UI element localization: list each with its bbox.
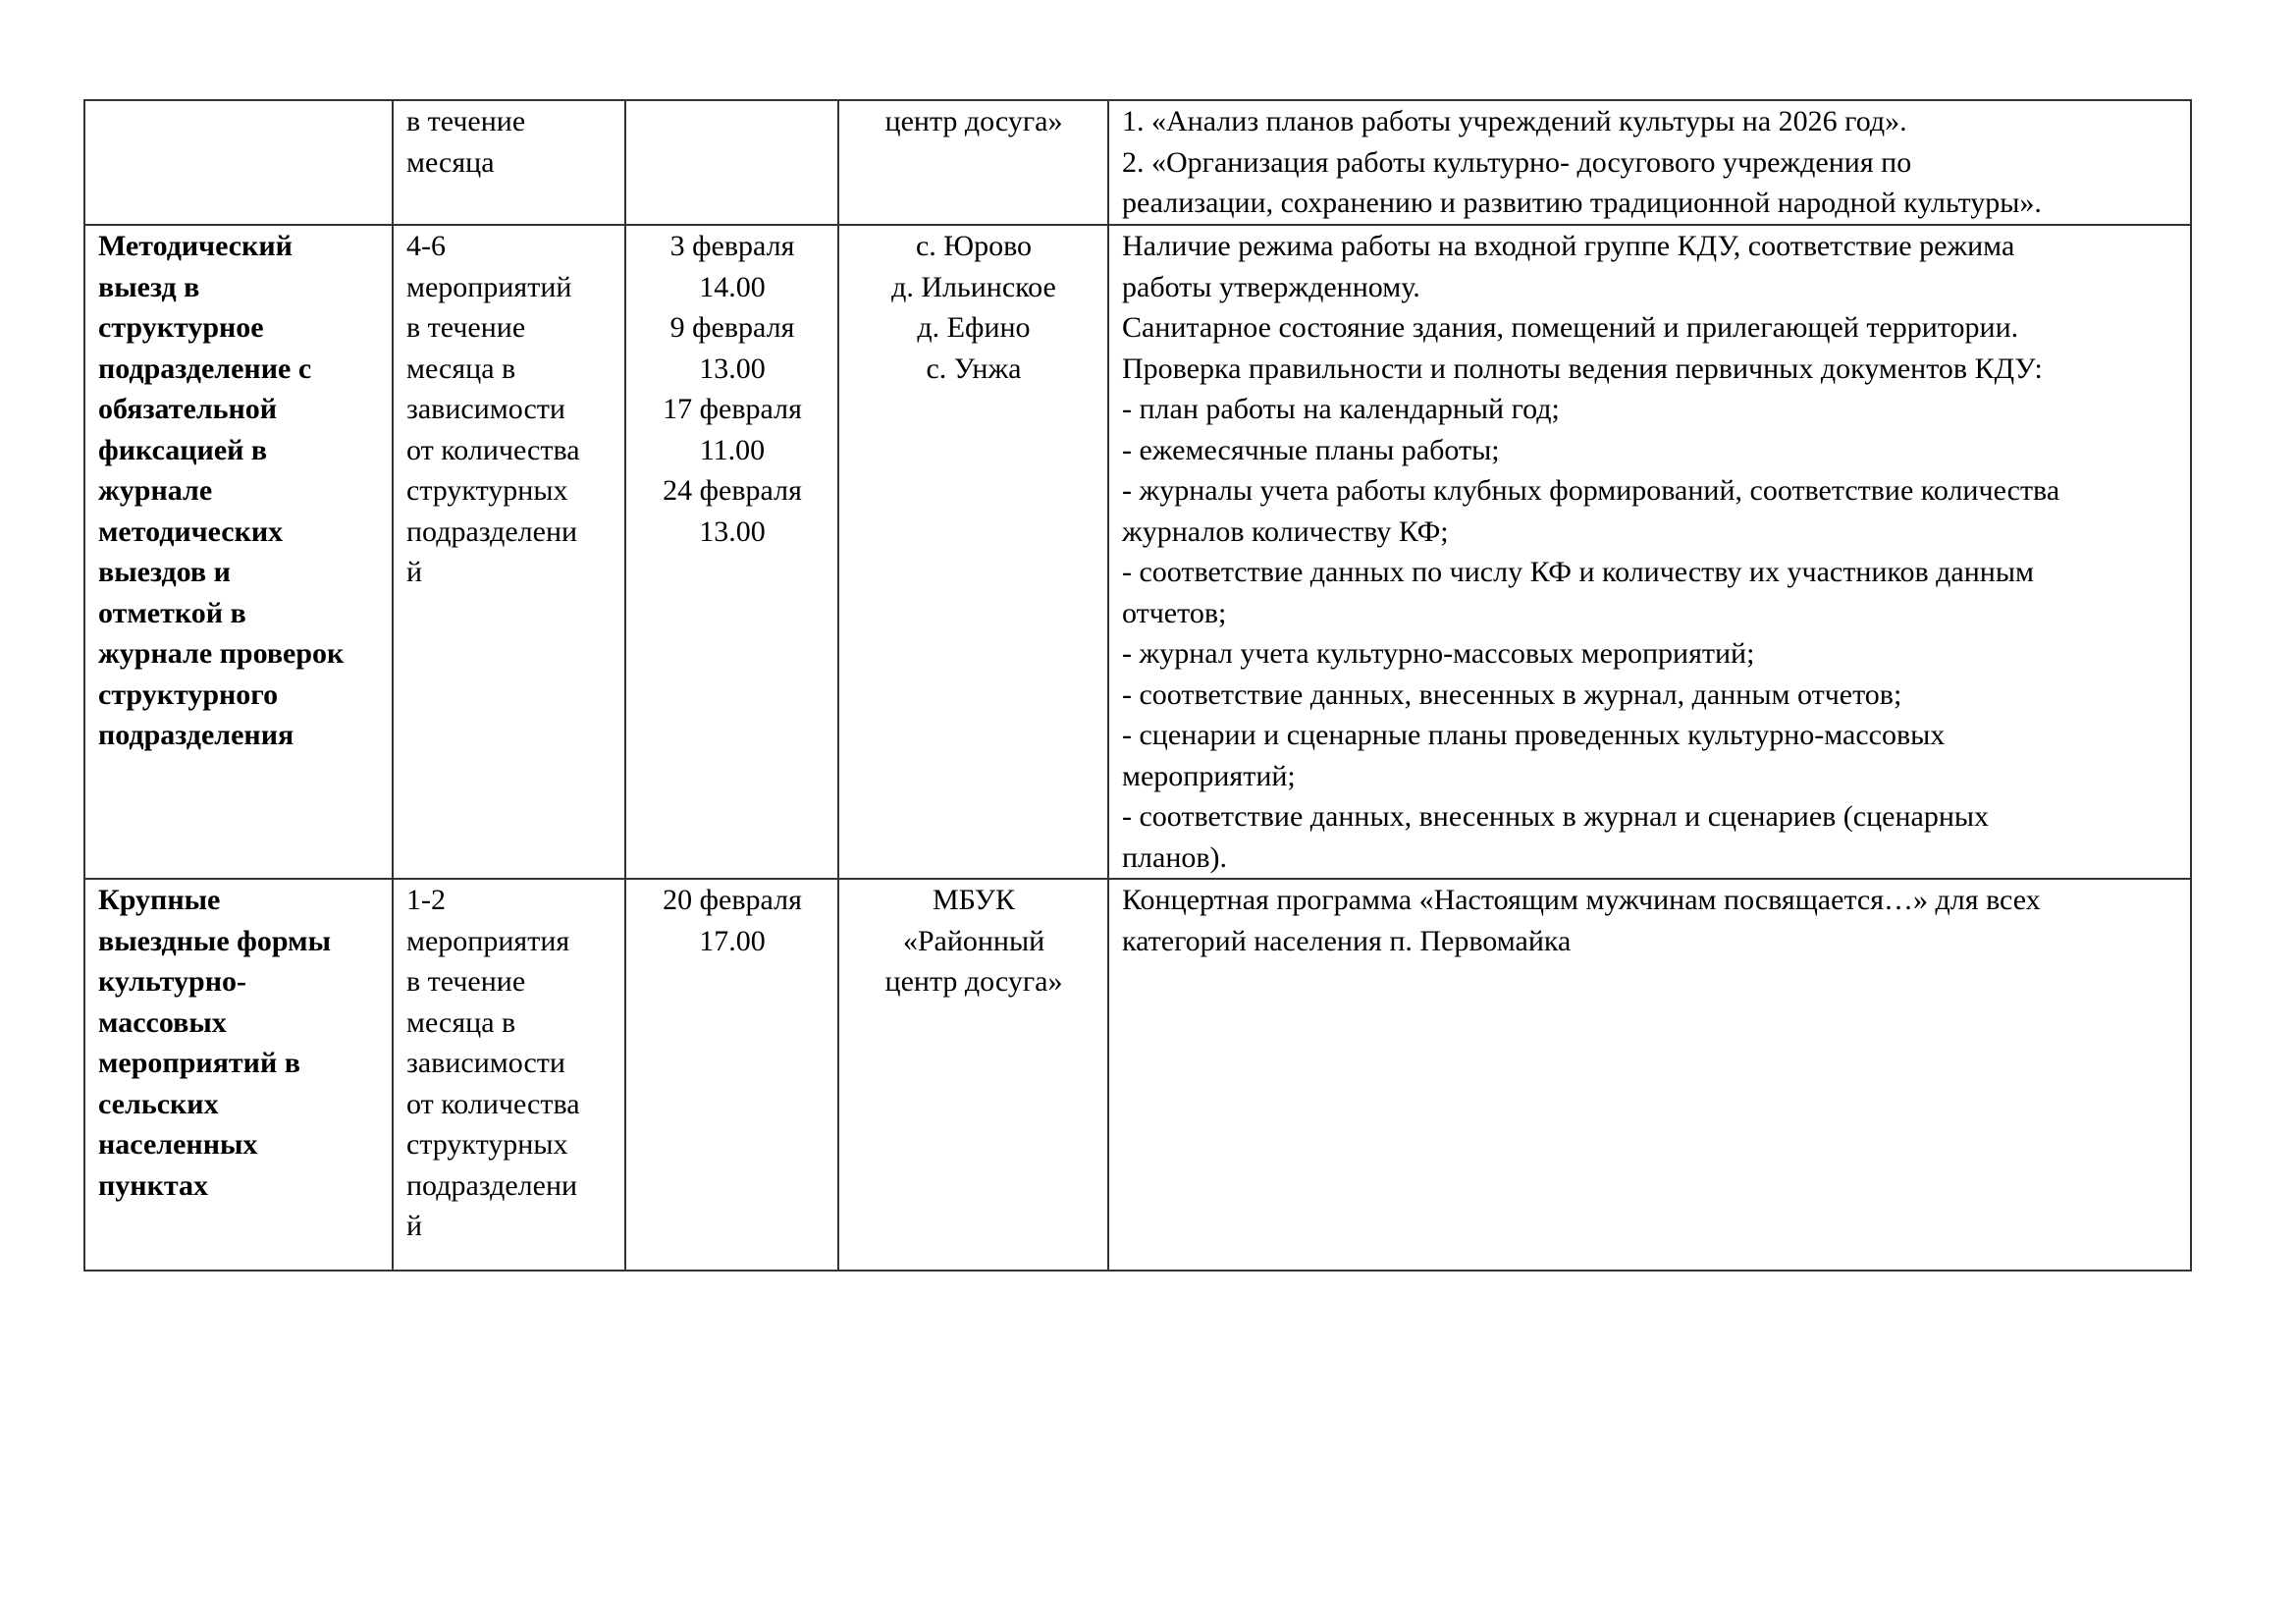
cell-line: месяца в <box>406 1002 613 1044</box>
frequency-cell: 4-6мероприятийв течениемесяца взависимос… <box>393 225 625 879</box>
cell-line: 2. «Организация работы культурно- досуго… <box>1122 142 2178 184</box>
cell-line: зависимости <box>406 1043 613 1084</box>
cell-line: с. Унжа <box>852 349 1095 390</box>
cell-line: - сценарии и сценарные планы проведенных… <box>1122 715 2178 756</box>
cell-line: д. Ильинское <box>852 267 1095 308</box>
cell-line: структурного <box>98 675 380 716</box>
cell-line: 1-2 <box>406 880 613 921</box>
cell-line: центр досуга» <box>852 961 1095 1002</box>
dates-cell <box>625 100 838 225</box>
cell-line: подразделени <box>406 512 613 553</box>
cell-line: д. Ефино <box>852 307 1095 349</box>
cell-line: месяца в <box>406 349 613 390</box>
cell-line: мероприятий; <box>1122 756 2178 797</box>
cell-line: МБУК <box>852 880 1095 921</box>
cell-line: 13.00 <box>639 512 826 553</box>
cell-line: журнале проверок <box>98 633 380 675</box>
cell-line: - план работы на календарный год; <box>1122 389 2178 430</box>
content-cell: Концертная программа «Настоящим мужчинам… <box>1108 879 2191 1271</box>
cell-line: й <box>406 1206 613 1247</box>
cell-line: 4-6 <box>406 226 613 267</box>
cell-line: фиксацией в <box>98 430 380 471</box>
cell-line: й <box>406 552 613 593</box>
cell-line: структурных <box>406 470 613 512</box>
cell-line: культурно- <box>98 961 380 1002</box>
cell-line: выездов и <box>98 552 380 593</box>
cell-line: Концертная программа «Настоящим мужчинам… <box>1122 880 2178 921</box>
cell-line: методических <box>98 512 380 553</box>
table-row: в течениемесяца центр досуга» 1. «Анализ… <box>84 100 2191 225</box>
dates-cell: 3 февраля14.009 февраля13.0017 февраля11… <box>625 225 838 879</box>
cell-line: зависимости <box>406 389 613 430</box>
cell-line: реализации, сохранению и развитию традиц… <box>1122 183 2178 224</box>
cell-line: выездные формы <box>98 921 380 962</box>
place-cell: центр досуга» <box>838 100 1108 225</box>
frequency-cell: в течениемесяца <box>393 100 625 225</box>
table-row: Крупныевыездные формыкультурно-массовыхм… <box>84 879 2191 1271</box>
cell-line: в течение <box>406 101 613 142</box>
cell-line: 11.00 <box>639 430 826 471</box>
cell-line: мероприятия <box>406 921 613 962</box>
cell-line: Методический <box>98 226 380 267</box>
cell-line: работы утвержденному. <box>1122 267 2178 308</box>
cell-line: пунктах <box>98 1165 380 1207</box>
cell-line: подразделение с <box>98 349 380 390</box>
cell-line: 3 февраля <box>639 226 826 267</box>
cell-line: от количества <box>406 430 613 471</box>
cell-line: Крупные <box>98 880 380 921</box>
cell-line: Проверка правильности и полноты ведения … <box>1122 349 2178 390</box>
cell-line: подразделения <box>98 715 380 756</box>
cell-line: населенных <box>98 1124 380 1165</box>
cell-line: 13.00 <box>639 349 826 390</box>
cell-line: массовых <box>98 1002 380 1044</box>
cell-line: «Районный <box>852 921 1095 962</box>
cell-line: 17 февраля <box>639 389 826 430</box>
cell-line: сельских <box>98 1084 380 1125</box>
cell-line: - журнал учета культурно-массовых меропр… <box>1122 633 2178 675</box>
dates-cell: 20 февраля17.00 <box>625 879 838 1271</box>
activity-cell <box>84 100 393 225</box>
cell-line: Санитарное состояние здания, помещений и… <box>1122 307 2178 349</box>
cell-line: категорий населения п. Первомайка <box>1122 921 2178 962</box>
cell-line: отчетов; <box>1122 593 2178 634</box>
cell-line: журналов количеству КФ; <box>1122 512 2178 553</box>
cell-line: месяца <box>406 142 613 184</box>
cell-line: подразделени <box>406 1165 613 1207</box>
cell-line: - соответствие данных, внесенных в журна… <box>1122 675 2178 716</box>
cell-line: 20 февраля <box>639 880 826 921</box>
content-cell: 1. «Анализ планов работы учреждений куль… <box>1108 100 2191 225</box>
activity-cell: Крупныевыездные формыкультурно-массовыхм… <box>84 879 393 1271</box>
cell-line: - соответствие данных, внесенных в журна… <box>1122 796 2178 838</box>
content-cell: Наличие режима работы на входной группе … <box>1108 225 2191 879</box>
cell-line: мероприятий <box>406 267 613 308</box>
cell-line: выезд в <box>98 267 380 308</box>
cell-line: обязательной <box>98 389 380 430</box>
cell-line: журнале <box>98 470 380 512</box>
frequency-cell: 1-2мероприятияв течениемесяца взависимос… <box>393 879 625 1271</box>
place-cell: МБУК«Районныйцентр досуга» <box>838 879 1108 1271</box>
cell-line: в течение <box>406 961 613 1002</box>
place-cell: с. Юровод. Ильинскоед. Ефинос. Унжа <box>838 225 1108 879</box>
cell-line: 1. «Анализ планов работы учреждений куль… <box>1122 101 2178 142</box>
cell-line: - ежемесячные планы работы; <box>1122 430 2178 471</box>
cell-line: 14.00 <box>639 267 826 308</box>
document-page: в течениемесяца центр досуга» 1. «Анализ… <box>0 0 2296 1624</box>
cell-line: отметкой в <box>98 593 380 634</box>
cell-line: планов). <box>1122 838 2178 879</box>
cell-line: центр досуга» <box>852 101 1095 142</box>
cell-line: от количества <box>406 1084 613 1125</box>
cell-line: - журналы учета работы клубных формирова… <box>1122 470 2178 512</box>
plan-table: в течениемесяца центр досуга» 1. «Анализ… <box>83 99 2192 1272</box>
cell-line: 17.00 <box>639 921 826 962</box>
cell-line: Наличие режима работы на входной группе … <box>1122 226 2178 267</box>
cell-line: в течение <box>406 307 613 349</box>
cell-line: 9 февраля <box>639 307 826 349</box>
activity-cell: Методическийвыезд вструктурноеподразделе… <box>84 225 393 879</box>
cell-line: мероприятий в <box>98 1043 380 1084</box>
cell-line: с. Юрово <box>852 226 1095 267</box>
cell-line: структурных <box>406 1124 613 1165</box>
cell-line: 24 февраля <box>639 470 826 512</box>
cell-line: - соответствие данных по числу КФ и коли… <box>1122 552 2178 593</box>
cell-line: структурное <box>98 307 380 349</box>
table-row: Методическийвыезд вструктурноеподразделе… <box>84 225 2191 879</box>
